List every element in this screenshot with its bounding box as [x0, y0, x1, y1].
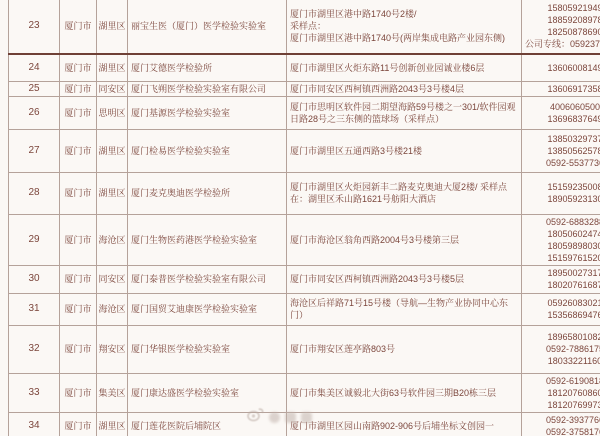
row-number: 29	[28, 234, 39, 245]
cell-address: 厦门市湖里区园山南路902-906号后埔坐标文创园一	[287, 412, 522, 436]
row-number: 30	[28, 273, 39, 284]
city-label: 厦门市	[64, 84, 91, 94]
cell-city: 厦门市	[60, 325, 97, 373]
cell-address: 厦门市翔安区莲亭路803号	[287, 325, 522, 373]
cell-row-number: 26	[9, 96, 60, 129]
lab-name: 厦门艾德医学检验所	[131, 63, 212, 73]
city-label: 厦门市	[64, 63, 91, 73]
cell-address: 厦门市湖里区港中路1740号2楼/采样点：厦门市湖里区港中路1740号(两岸集成…	[287, 0, 522, 54]
district-label: 同安区	[98, 84, 125, 94]
cell-row-number: 27	[9, 129, 60, 172]
address-text: 厦门市思明区软件园二期望海路59号楼之一301/软件园观日路28号之三东侧的篮球…	[290, 102, 516, 124]
lab-name: 厦门康达盛医学检验实验室	[131, 388, 239, 398]
cell-address: 厦门市湖里区火炬园新丰二路麦克奥迪大厦2楼/ 采样点在：湖里区禾山路1621号舫…	[287, 172, 522, 214]
cell-district: 同安区	[97, 81, 128, 96]
cell-phones: 13606008149	[522, 54, 600, 81]
district-label: 集美区	[98, 388, 125, 398]
phone-number: 18120769973	[523, 399, 600, 411]
cell-lab-name: 厦门康达盛医学检验实验室	[128, 373, 287, 412]
lab-name: 厦门飞朔医学检验实验室有限公司	[131, 84, 266, 94]
district-label: 同安区	[98, 274, 125, 284]
address-text: 厦门市湖里区园山南路902-906号后埔坐标文创园一	[290, 421, 494, 431]
lab-name: 厦门检易医学检验实验室	[131, 146, 230, 156]
phone-number: 公司专线：05923750751	[523, 38, 600, 50]
district-label: 湖里区	[98, 188, 125, 198]
district-label: 湖里区	[98, 421, 125, 431]
cell-lab-name: 厦门检易医学检验实验室	[128, 129, 287, 172]
cell-row-number: 32	[9, 325, 60, 373]
cell-district: 同安区	[97, 265, 128, 293]
row-number: 32	[28, 343, 39, 354]
table-row: 32厦门市翔安区厦门华银医学检验实验室厦门市翔安区莲亭路803号18965801…	[9, 325, 600, 373]
cell-city: 厦门市	[60, 412, 97, 436]
cell-row-number: 33	[9, 373, 60, 412]
table-row: 27厦门市湖里区厦门检易医学检验实验室厦门市湖里区五通西路3号楼21楼13850…	[9, 129, 600, 172]
phone-number: 18965801082	[523, 331, 600, 343]
cell-phones: 0592608302115356869476	[522, 293, 600, 325]
address-line: 采样点：	[290, 20, 518, 32]
lab-name: 厦门生物医药港医学检验实验室	[131, 235, 257, 245]
row-number: 34	[28, 420, 39, 431]
phone-number: 13606008149	[523, 62, 600, 74]
cell-city: 厦门市	[60, 214, 97, 265]
cell-address: 厦门市集美区诚毅北大街63号软件园三期B20栋三层	[287, 373, 522, 412]
phone-number: 15356869476	[523, 309, 600, 321]
table-row: 31厦门市海沧区厦门国贸艾迪康医学检验实验室海沧区后祥路71号15号楼（导航—生…	[9, 293, 600, 325]
cell-lab-name: 厦门莲花医院后埔院区	[128, 412, 287, 436]
cell-address: 厦门市海沧区翁角西路2004号3号楼第三层	[287, 214, 522, 265]
address-text: 厦门市集美区诚毅北大街63号软件园三期B20栋三层	[290, 388, 496, 398]
city-label: 厦门市	[64, 21, 91, 31]
row-number: 24	[28, 62, 39, 73]
lab-name: 厦门麦克奥迪医学检验所	[131, 188, 230, 198]
cell-lab-name: 厦门飞朔医学检验实验室有限公司	[128, 81, 287, 96]
cell-lab-name: 厦门生物医药港医学检验实验室	[128, 214, 287, 265]
cell-phones: 189658010820592-788617518033221160	[522, 325, 600, 373]
cell-row-number: 24	[9, 54, 60, 81]
phone-number: 15159235008	[523, 181, 600, 193]
cell-city: 厦门市	[60, 54, 97, 81]
cell-district: 翔安区	[97, 325, 128, 373]
table-row: 25厦门市同安区厦门飞朔医学检验实验室有限公司厦门市同安区西柯镇西洲路2043号…	[9, 81, 600, 96]
cell-phones: 158059219491885920897818250878690公司专线：05…	[522, 0, 600, 54]
table-row: 30厦门市同安区厦门泰普医学检验实验室有限公司厦门市同安区西柯镇西洲路2043号…	[9, 265, 600, 293]
row-number: 26	[28, 107, 39, 118]
cell-row-number: 34	[9, 412, 60, 436]
cell-address: 厦门市湖里区火炬东路11号创新创业园诚业楼6层	[287, 54, 522, 81]
address-text: 厦门市同安区西柯镇西洲路2043号3号楼5层	[290, 274, 464, 284]
row-number: 31	[28, 303, 39, 314]
city-label: 厦门市	[64, 235, 91, 245]
cell-phones: 400606050013696837649	[522, 96, 600, 129]
cell-lab-name: 厦门华银医学检验实验室	[128, 325, 287, 373]
cell-phones: 13606917358	[522, 81, 600, 96]
lab-table-body: 23厦门市湖里区丽宝生医（厦门）医学检验实验室厦门市湖里区港中路1740号2楼/…	[9, 0, 600, 436]
cell-row-number: 29	[9, 214, 60, 265]
phone-number: 0592-6883288	[523, 216, 600, 228]
table-row: 23厦门市湖里区丽宝生医（厦门）医学检验实验室厦门市湖里区港中路1740号2楼/…	[9, 0, 600, 54]
phone-number: 15159761520	[523, 252, 600, 264]
cell-district: 湖里区	[97, 0, 128, 54]
city-label: 厦门市	[64, 274, 91, 284]
phone-number: 0592-3937766	[523, 414, 600, 426]
row-number: 23	[28, 20, 39, 31]
city-label: 厦门市	[64, 108, 91, 118]
phone-number: 0592-6190818	[523, 375, 600, 387]
cell-district: 湖里区	[97, 54, 128, 81]
row-number: 28	[28, 187, 39, 198]
city-label: 厦门市	[64, 188, 91, 198]
table-row: 33厦门市集美区厦门康达盛医学检验实验室厦门市集美区诚毅北大街63号软件园三期B…	[9, 373, 600, 412]
table-row: 26厦门市思明区厦门基源医学检验实验室厦门市思明区软件园二期望海路59号楼之一3…	[9, 96, 600, 129]
address-text: 厦门市湖里区火炬园新丰二路麦克奥迪大厦2楼/ 采样点在：湖里区禾山路1621号舫…	[290, 182, 507, 204]
phone-number: 4006060500	[523, 101, 600, 113]
address-line: 厦门市湖里区港中路1740号(两岸集成电路产业园东侧)	[290, 32, 518, 44]
row-number: 27	[28, 145, 39, 156]
cell-address: 厦门市思明区软件园二期望海路59号楼之一301/软件园观日路28号之三东侧的篮球…	[287, 96, 522, 129]
city-label: 厦门市	[64, 304, 91, 314]
table-row: 34厦门市湖里区厦门莲花医院后埔院区厦门市湖里区园山南路902-906号后埔坐标…	[9, 412, 600, 436]
cell-phones: 0592-68832881805060247418059898030151597…	[522, 214, 600, 265]
cell-lab-name: 厦门国贸艾迪康医学检验实验室	[128, 293, 287, 325]
cell-row-number: 28	[9, 172, 60, 214]
city-label: 厦门市	[64, 421, 91, 431]
cell-lab-name: 厦门泰普医学检验实验室有限公司	[128, 265, 287, 293]
cell-phones: 1515923500818905923130	[522, 172, 600, 214]
phone-number: 13606917358	[523, 83, 600, 95]
cell-phones: 1895002731718020761687	[522, 265, 600, 293]
cell-district: 湖里区	[97, 412, 128, 436]
phone-number: 18859208978	[523, 14, 600, 26]
cell-city: 厦门市	[60, 0, 97, 54]
lab-name: 厦门华银医学检验实验室	[131, 344, 230, 354]
cell-city: 厦门市	[60, 293, 97, 325]
phone-number: 18059898030	[523, 240, 600, 252]
cell-city: 厦门市	[60, 172, 97, 214]
phone-number: 18020761687	[523, 279, 600, 291]
cell-address: 厦门市同安区西柯镇西洲路2043号3号楼4层	[287, 81, 522, 96]
cell-address: 厦门市同安区西柯镇西洲路2043号3号楼5层	[287, 265, 522, 293]
cell-district: 集美区	[97, 373, 128, 412]
document-page: 23厦门市湖里区丽宝生医（厦门）医学检验实验室厦门市湖里区港中路1740号2楼/…	[0, 0, 600, 436]
cell-city: 厦门市	[60, 129, 97, 172]
cell-district: 思明区	[97, 96, 128, 129]
lab-name: 厦门泰普医学检验实验室有限公司	[131, 274, 266, 284]
district-label: 海沧区	[98, 304, 125, 314]
phone-number: 0592-5537736	[523, 157, 600, 169]
address-text: 海沧区后祥路71号15号楼（导航—生物产业协同中心东门）	[290, 298, 508, 320]
address-text: 厦门市翔安区莲亭路803号	[290, 344, 395, 354]
lab-name: 丽宝生医（厦门）医学检验实验室	[131, 21, 266, 31]
lab-table: 23厦门市湖里区丽宝生医（厦门）医学检验实验室厦门市湖里区港中路1740号2楼/…	[8, 0, 600, 436]
table-row: 29厦门市海沧区厦门生物医药港医学检验实验室厦门市海沧区翁角西路2004号3号楼…	[9, 214, 600, 265]
phone-number: 18120760860	[523, 387, 600, 399]
cell-address: 厦门市湖里区五通西路3号楼21楼	[287, 129, 522, 172]
lab-name: 厦门莲花医院后埔院区	[131, 421, 221, 431]
cell-row-number: 23	[9, 0, 60, 54]
city-label: 厦门市	[64, 146, 91, 156]
address-text: 厦门市海沧区翁角西路2004号3号楼第三层	[290, 235, 459, 245]
cell-phones: 13850329737138505625780592-5537736	[522, 129, 600, 172]
phone-number: 05926083021	[523, 297, 600, 309]
cell-address: 海沧区后祥路71号15号楼（导航—生物产业协同中心东门）	[287, 293, 522, 325]
address-text: 厦门市湖里区五通西路3号楼21楼	[290, 146, 422, 156]
cell-row-number: 25	[9, 81, 60, 96]
cell-phones: 0592-61908181812076086018120769973	[522, 373, 600, 412]
district-label: 海沧区	[98, 235, 125, 245]
city-label: 厦门市	[64, 344, 91, 354]
phone-number: 18250878690	[523, 26, 600, 38]
phone-number: 13850329737	[523, 133, 600, 145]
phone-number: 13850562578	[523, 145, 600, 157]
cell-lab-name: 丽宝生医（厦门）医学检验实验室	[128, 0, 287, 54]
cell-city: 厦门市	[60, 265, 97, 293]
address-text: 厦门市同安区西柯镇西洲路2043号3号楼4层	[290, 84, 464, 94]
district-label: 湖里区	[98, 146, 125, 156]
district-label: 湖里区	[98, 21, 125, 31]
cell-city: 厦门市	[60, 81, 97, 96]
district-label: 翔安区	[98, 344, 125, 354]
row-number: 25	[28, 83, 39, 94]
row-number: 33	[28, 387, 39, 398]
cell-district: 湖里区	[97, 172, 128, 214]
table-row: 24厦门市湖里区厦门艾德医学检验所厦门市湖里区火炬东路11号创新创业园诚业楼6层…	[9, 54, 600, 81]
cell-row-number: 31	[9, 293, 60, 325]
phone-number: 18050602474	[523, 228, 600, 240]
phone-number: 18905923130	[523, 193, 600, 205]
phone-number: 18033221160	[523, 355, 600, 367]
phone-number: 18950027317	[523, 267, 600, 279]
cell-district: 海沧区	[97, 214, 128, 265]
city-label: 厦门市	[64, 388, 91, 398]
cell-city: 厦门市	[60, 373, 97, 412]
address-line: 厦门市湖里区港中路1740号2楼/	[290, 8, 518, 20]
cell-city: 厦门市	[60, 96, 97, 129]
cell-phones: 0592-39377660592-3758176	[522, 412, 600, 436]
cell-lab-name: 厦门艾德医学检验所	[128, 54, 287, 81]
district-label: 湖里区	[98, 63, 125, 73]
cell-lab-name: 厦门基源医学检验实验室	[128, 96, 287, 129]
district-label: 思明区	[98, 108, 125, 118]
cell-lab-name: 厦门麦克奥迪医学检验所	[128, 172, 287, 214]
address-text: 厦门市湖里区火炬东路11号创新创业园诚业楼6层	[290, 63, 484, 73]
cell-district: 湖里区	[97, 129, 128, 172]
phone-number: 15805921949	[523, 2, 600, 14]
phone-number: 0592-7886175	[523, 343, 600, 355]
table-row: 28厦门市湖里区厦门麦克奥迪医学检验所厦门市湖里区火炬园新丰二路麦克奥迪大厦2楼…	[9, 172, 600, 214]
phone-number: 13696837649	[523, 113, 600, 125]
lab-name: 厦门国贸艾迪康医学检验实验室	[131, 304, 257, 314]
cell-district: 海沧区	[97, 293, 128, 325]
phone-number: 0592-3758176	[523, 426, 600, 436]
lab-name: 厦门基源医学检验实验室	[131, 108, 230, 118]
cell-row-number: 30	[9, 265, 60, 293]
